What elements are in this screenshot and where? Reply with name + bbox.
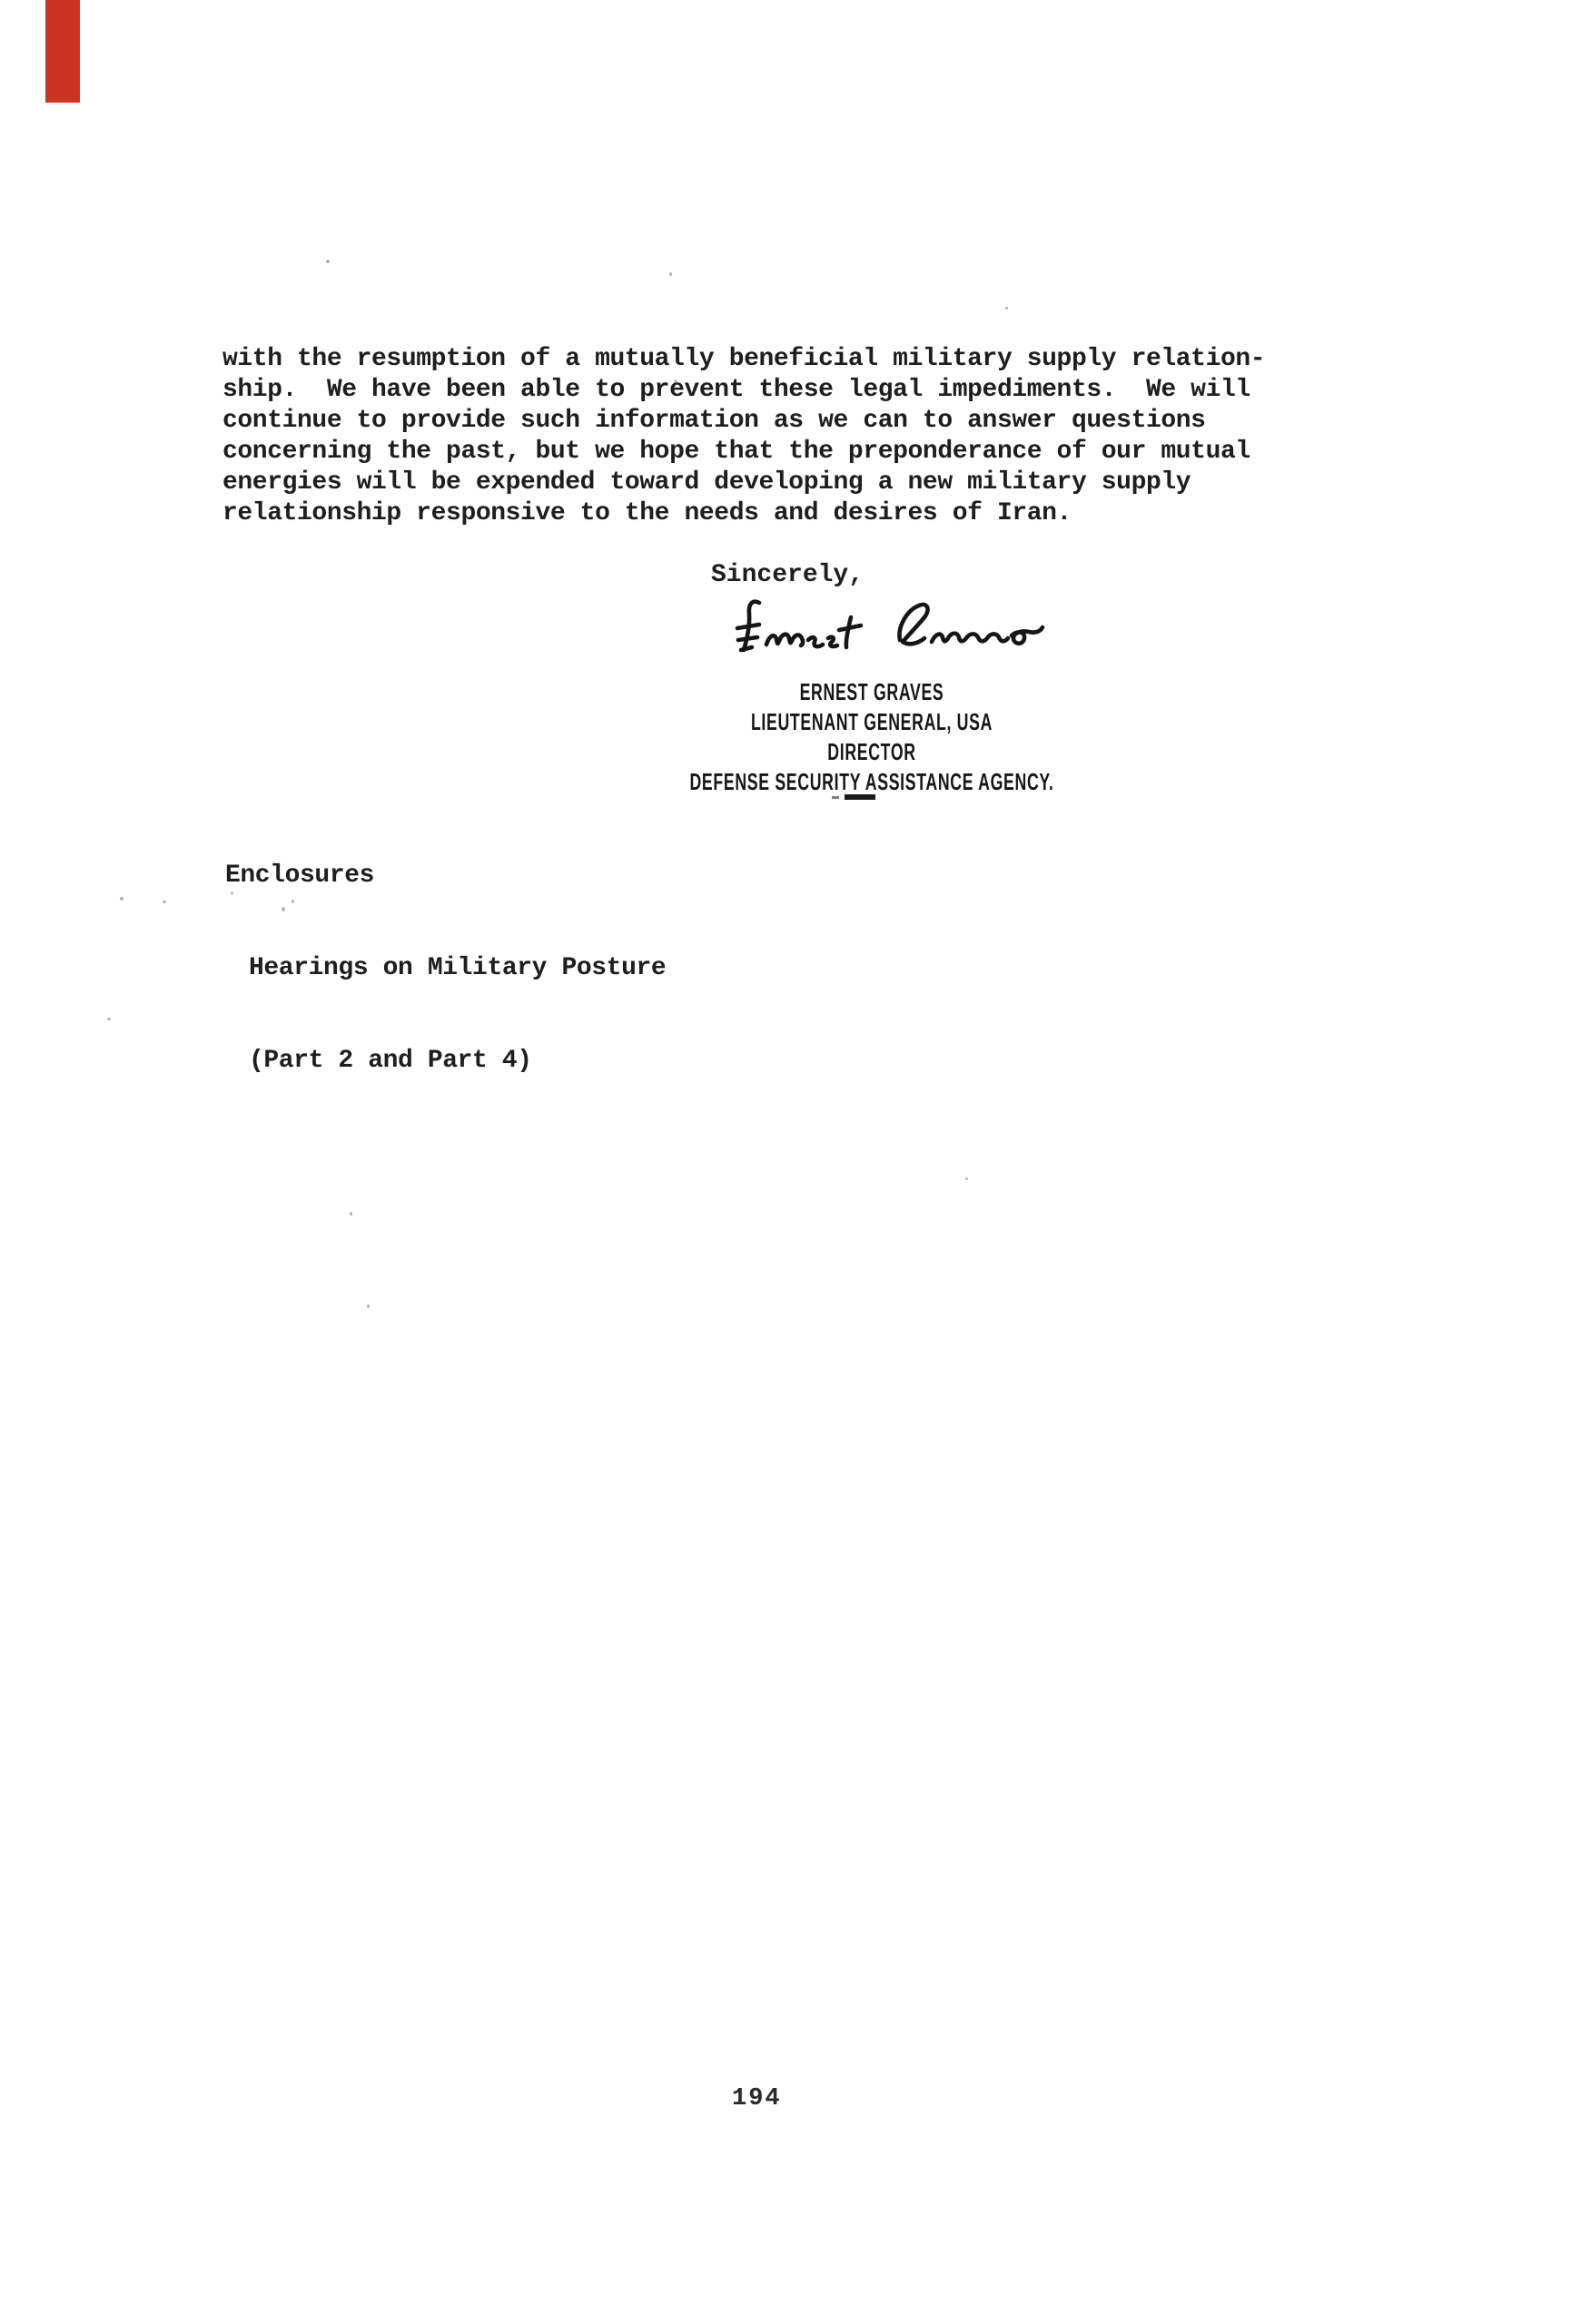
signature-name-line: ERNEST GRAVES bbox=[656, 677, 1088, 707]
scan-speck bbox=[282, 907, 285, 911]
stamp-underline-mark bbox=[845, 794, 875, 800]
scan-speck bbox=[669, 272, 672, 276]
red-scan-edge-mark bbox=[45, 0, 80, 103]
letter-closing: Sincerely, bbox=[711, 561, 864, 589]
scan-speck bbox=[107, 1018, 111, 1020]
scan-speck bbox=[326, 260, 330, 263]
scan-speck bbox=[1005, 307, 1008, 310]
scan-speck bbox=[163, 901, 166, 903]
scanned-letter-page: with the resumption of a mutually benefi… bbox=[0, 0, 1581, 2324]
enclosure-item: Hearings on Military Posture bbox=[249, 953, 666, 984]
scan-speck bbox=[367, 1305, 370, 1308]
signature-title-block: ERNEST GRAVES LIEUTENANT GENERAL, USA DI… bbox=[554, 677, 1190, 797]
signature-rank-line: LIEUTENANT GENERAL, USA bbox=[656, 707, 1088, 737]
signature-agency-line: DEFENSE SECURITY ASSISTANCE AGENCY. bbox=[656, 767, 1088, 797]
handwritten-signature bbox=[732, 590, 1045, 672]
scan-speck bbox=[965, 1177, 968, 1180]
enclosures-label: Enclosures bbox=[225, 861, 666, 891]
enclosure-item: (Part 2 and Part 4) bbox=[249, 1046, 666, 1077]
signature-role-line: DIRECTOR bbox=[656, 737, 1088, 767]
scan-speck bbox=[350, 1212, 352, 1216]
letter-body-paragraph: with the resumption of a mutually benefi… bbox=[222, 344, 1265, 529]
scan-speck bbox=[120, 897, 124, 901]
enclosures-block: Enclosures Hearings on Military Posture … bbox=[225, 799, 666, 1138]
page-number: 194 bbox=[732, 2085, 782, 2112]
scan-speck bbox=[231, 891, 233, 894]
scan-speck bbox=[291, 900, 294, 903]
stamp-underline-dot bbox=[832, 796, 839, 799]
